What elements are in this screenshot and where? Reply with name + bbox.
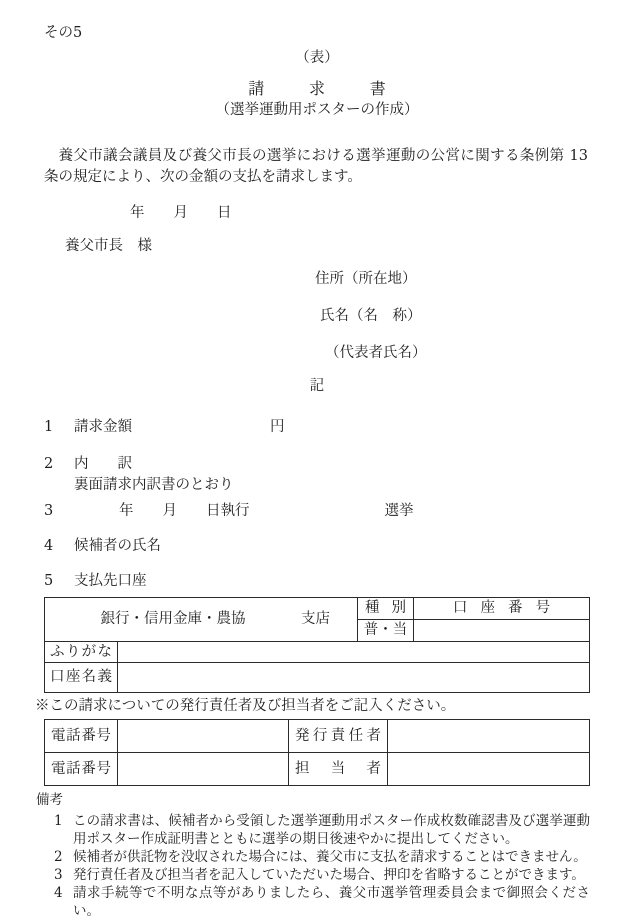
issuer-label: 発行責任者 [289,720,388,753]
date-line: 年 月 日 [44,204,590,223]
furigana-label: ふりがな [45,642,118,663]
applicant-name-label: 氏名（名 称） [44,307,590,326]
addressee-line: 養父市長 様 [44,237,590,256]
remark-text: この請求書は、候補者から受領した選挙運動用ポスター作成枚数確認書及び選挙運動用ポ… [73,812,590,848]
bank-type-label: 銀行・信用金庫・農協 [45,610,301,629]
remark-number: 3 [54,866,73,884]
item-claim-amount: 1 請求金額 円 [44,418,590,437]
item-label: 内 訳 [74,455,132,474]
page-subtitle: （選挙運動用ポスターの作成） [44,101,590,120]
item-election-date: 3 年 月 日執行 選挙 [44,502,590,521]
item-number: 3 [44,502,74,521]
body-paragraph: 養父市議会議員及び養父市長の選挙における選挙運動の公営に関する条例第 13 条の… [44,146,588,188]
remark-text: 請求手続等で不明な点等がありましたら、養父市選挙管理委員会まで御照会ください。 [73,884,590,920]
item-breakdown-note: 裏面請求内訳書のとおり [44,476,590,495]
phone-number-label: 電話番号 [45,753,118,786]
item-payment-account: 5 支払先口座 [44,572,590,591]
item-number: 4 [44,537,74,556]
invoice-form-page: その5 （表） 請求書 （選挙運動用ポスターの作成） 養父市議会議員及び養父市長… [0,0,630,903]
remark-item: 4 請求手続等で不明な点等がありましたら、養父市選挙管理委員会まで御照会ください… [54,884,590,920]
remarks-heading: 備考 [36,791,590,810]
fill-in-instruction: ※この請求についての発行責任者及び担当者をご記入ください。 [35,697,590,716]
applicant-representative-label: （代表者氏名） [44,344,590,363]
issuer-blank-cell [388,720,590,753]
item-number: 2 [44,455,74,474]
remark-number: 2 [54,848,73,866]
account-type-header: 種別 [358,598,414,620]
phone-number-blank-cell [118,720,289,753]
item-label: 候補者の氏名 [74,537,161,556]
account-holder-label: 口座名義 [45,663,118,693]
remark-number: 4 [54,884,73,902]
staff-label: 担当者 [289,753,388,786]
item-label: 請求金額 [74,418,132,437]
item-candidate-name: 4 候補者の氏名 [44,537,590,556]
applicant-address-label: 住所（所在地） [44,270,590,289]
account-holder-blank-cell [118,663,590,693]
item-label: 年 月 日執行 [119,502,250,521]
remark-number: 1 [54,812,73,830]
item-label: 支払先口座 [74,572,147,591]
doc-number: その5 [44,24,590,43]
remarks-list: 1 この請求書は、候補者から受領した選挙運動用ポスター作成枚数確認書及び選挙運動… [54,812,590,920]
item-number: 1 [44,418,74,437]
remark-text: 発行責任者及び担当者を記入していただいた場合、押印を省略することができます。 [73,866,590,884]
payment-account-table: 銀行・信用金庫・農協 支店 種別 口座番号 普・当 ふりがな 口座名義 [44,597,590,693]
phone-number-blank-cell [118,753,289,786]
branch-label: 支店 [301,610,357,629]
account-number-header: 口座番号 [414,598,590,620]
account-number-blank-cell [414,620,590,642]
furigana-blank-cell [118,642,590,663]
item-breakdown: 2 内 訳 [44,455,590,474]
contact-table: 電話番号 発行責任者 電話番号 担当者 [44,719,590,786]
bank-name-cell: 銀行・信用金庫・農協 支店 [45,598,358,642]
phone-number-label: 電話番号 [45,720,118,753]
account-type-options: 普・当 [358,620,414,642]
ki-label: 記 [44,377,590,396]
remark-text: 候補者が供託物を没収された場合には、養父市に支払を請求することはできません。 [73,848,590,866]
remark-item: 1 この請求書は、候補者から受領した選挙運動用ポスター作成枚数確認書及び選挙運動… [54,812,590,848]
yen-unit-label: 円 [270,418,285,437]
remark-item: 2 候補者が供託物を没収された場合には、養父市に支払を請求することはできません。 [54,848,590,866]
page-title: 請求書 [44,78,590,99]
staff-blank-cell [388,753,590,786]
remark-item: 3 発行責任者及び担当者を記入していただいた場合、押印を省略することができます。 [54,866,590,884]
item-number: 5 [44,572,74,591]
election-suffix-label: 選挙 [385,502,414,521]
side-label: （表） [44,49,590,68]
